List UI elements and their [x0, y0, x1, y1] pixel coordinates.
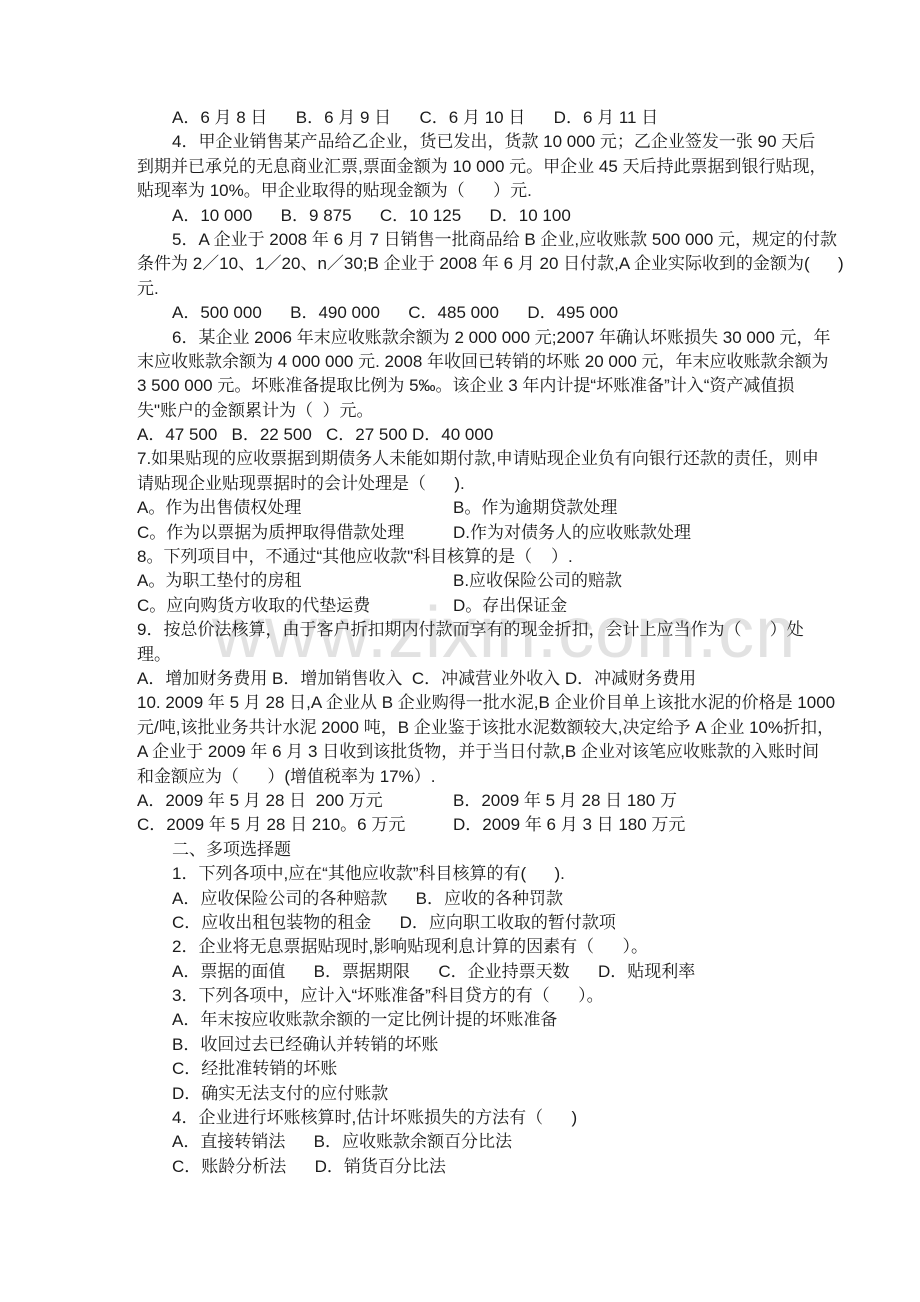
text-line: A．6 月 8 日 B．6 月 9 日 C．6 月 10 日 D．6 月 11 … [137, 106, 897, 130]
text-line: A．10 000 B．9 875 C．10 125 D．10 100 [137, 204, 897, 228]
text-line: 二、多项选择题 [137, 838, 897, 862]
option-left: C．2009 年 5 月 28 日 210。6 万元 [137, 813, 453, 837]
text-line: C．应收出租包装物的租金 D．应向职工收取的暂付款项 [137, 911, 897, 935]
text-line: C。作为以票据为质押取得借款处理D.作为对债务人的应收账款处理 [137, 521, 897, 545]
text-line: 条件为 2／10、1／20、n／30;B 企业于 2008 年 6 月 20 日… [137, 252, 897, 276]
text-line: C。应向购货方收取的代垫运费D。存出保证金 [137, 594, 897, 618]
text-line: 4．甲企业销售某产品给乙企业，货已发出，货款 10 000 元；乙企业签发一张 … [137, 130, 897, 154]
text-line: 5．A 企业于 2008 年 6 月 7 日销售一批商品给 B 企业,应收账款 … [137, 228, 897, 252]
text-line: A．直接转销法 B．应收账款余额百分比法 [137, 1130, 897, 1154]
text-line: 请贴现企业贴现票据时的会计处理是（ ). [137, 472, 897, 496]
text-line: A。作为出售债权处理B。作为逾期贷款处理 [137, 496, 897, 520]
text-line: C．经批准转销的坏账 [137, 1057, 897, 1081]
text-line: A。为职工垫付的房租B.应收保险公司的赔款 [137, 569, 897, 593]
option-right: D。存出保证金 [453, 594, 567, 618]
text-line: C．账龄分析法 D．销货百分比法 [137, 1155, 897, 1179]
text-line: D．确实无法支付的应付账款 [137, 1082, 897, 1106]
text-line: A．500 000 B．490 000 C．485 000 D．495 000 [137, 301, 897, 325]
exam-document-page: { "page": { "background": "#ffffff", "te… [0, 0, 920, 1302]
text-line: 10. 2009 年 5 月 28 日,A 企业从 B 企业购得一批水泥,B 企… [137, 691, 897, 715]
text-line: 理。 [137, 643, 897, 667]
option-right: B.应收保险公司的赔款 [453, 569, 622, 593]
option-left: C。作为以票据为质押取得借款处理 [137, 521, 453, 545]
text-line: 到期并已承兑的无息商业汇票,票面金额为 10 000 元。甲企业 45 天后持此… [137, 155, 897, 179]
option-right: B。作为逾期贷款处理 [453, 496, 617, 520]
text-line: 元/吨,该批业务共计水泥 2000 吨，B 企业鉴于该批水泥数额较大,决定给予 … [137, 716, 897, 740]
text-line: 7.如果贴现的应收票据到期债务人未能如期付款,申请贴现企业负有向银行还款的责任，… [137, 447, 897, 471]
text-line: A．年末按应收账款余额的一定比例计提的坏账准备 [137, 1008, 897, 1032]
text-line: C．2009 年 5 月 28 日 210。6 万元D．2009 年 6 月 3… [137, 813, 897, 837]
option-left: A。为职工垫付的房租 [137, 569, 453, 593]
option-left: A。作为出售债权处理 [137, 496, 453, 520]
option-left: A．2009 年 5 月 28 日 200 万元 [137, 789, 453, 813]
text-line: A 企业于 2009 年 6 月 3 日收到该批货物，并于当日付款,B 企业对该… [137, 740, 897, 764]
text-line: 3 500 000 元。坏账准备提取比例为 5‰。该企业 3 年内计提“坏账准备… [137, 374, 897, 398]
text-line: 3．下列各项中，应计入“坏账准备”科目贷方的有（ ）。 [137, 984, 897, 1008]
option-right: D.作为对债务人的应收账款处理 [453, 521, 691, 545]
text-line: A．票据的面值 B．票据期限 C．企业持票天数 D．贴现利率 [137, 960, 897, 984]
text-line: 1．下列各项中,应在“其他应收款”科目核算的有( ). [137, 862, 897, 886]
text-line: 6．某企业 2006 年末应收账款余额为 2 000 000 元;2007 年确… [137, 326, 897, 350]
text-line: A．2009 年 5 月 28 日 200 万元B．2009 年 5 月 28 … [137, 789, 897, 813]
text-line: 2．企业将无息票据贴现时,影响贴现利息计算的因素有（ ）。 [137, 935, 897, 959]
document-body: A．6 月 8 日 B．6 月 9 日 C．6 月 10 日 D．6 月 11 … [137, 106, 897, 1179]
text-line: B．收回过去已经确认并转销的坏账 [137, 1033, 897, 1057]
text-line: 9．按总价法核算，由于客户折扣期内付款而享有的现金折扣，会计上应当作为（ ）处 [137, 618, 897, 642]
text-line: A．增加财务费用 B．增加销售收入 C．冲减营业外收入 D．冲减财务费用 [137, 667, 897, 691]
text-line: A．应收保险公司的各种赔款 B．应收的各种罚款 [137, 887, 897, 911]
option-right: B．2009 年 5 月 28 日 180 万 [453, 789, 677, 813]
text-line: 4．企业进行坏账核算时,估计坏账损失的方法有（ ) [137, 1106, 897, 1130]
text-line: A．47 500 B．22 500 C．27 500 D．40 000 [137, 423, 897, 447]
option-right: D．2009 年 6 月 3 日 180 万元 [453, 813, 685, 837]
text-line: 贴现率为 10%。甲企业取得的贴现金额为（ ）元. [137, 179, 897, 203]
text-line: 和金额应为（ ）(增值税率为 17%）. [137, 765, 897, 789]
option-left: C。应向购货方收取的代垫运费 [137, 594, 453, 618]
text-line: 8。下列项目中，不通过“其他应收款"科目核算的是（ ）. [137, 545, 897, 569]
text-line: 末应收账款余额为 4 000 000 元. 2008 年收回已转销的坏账 20 … [137, 350, 897, 374]
text-line: 元. [137, 277, 897, 301]
text-line: 失"账户的金额累计为（ ）元。 [137, 399, 897, 423]
